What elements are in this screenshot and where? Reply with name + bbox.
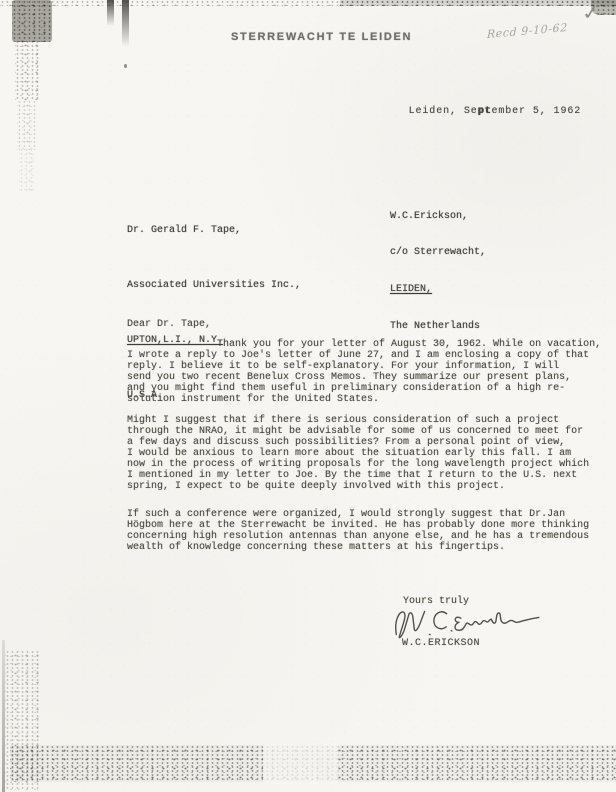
scan-smudge-corner-tl — [12, 0, 52, 42]
scan-noise-top-right — [340, 0, 616, 6]
sender-address-block: W.C.Erickson, c/o Sterrewacht, LEIDEN, T… — [390, 186, 486, 358]
recipient-name: Dr. Gerald F. Tape, — [127, 222, 301, 240]
body-paragraph-1: Thank you for your letter of August 30, … — [127, 339, 601, 405]
scan-drip-mark-1 — [107, 0, 114, 26]
letterhead-title: STERREWACHT TE LEIDEN — [231, 31, 412, 43]
sender-name: W.C.Erickson, — [390, 211, 486, 223]
scan-noise-bottom-left-column — [5, 650, 41, 790]
typed-signature-name: W.C.ERICKSON — [402, 638, 480, 649]
sender-city: LEIDEN, — [390, 284, 486, 296]
received-note: Recd 9-10-62 — [487, 21, 568, 41]
sender-org: c/o Sterrewacht, — [390, 247, 486, 259]
body-paragraph-2: Might I suggest that if there is serious… — [127, 415, 589, 492]
scanned-letter-page: STERREWACHT TE LEIDEN ✓ Recd 9-10-62 Lei… — [0, 0, 616, 792]
scan-smudge-left-column-2 — [17, 100, 37, 150]
scan-smudge-left-column-3 — [19, 148, 35, 193]
scan-drip-dot — [124, 64, 127, 68]
body-paragraph-3: If such a conference were organized, I w… — [127, 509, 589, 553]
scan-paper-edge-line — [2, 640, 5, 792]
date-line: Leiden, September 5, 1962 — [381, 95, 581, 128]
salutation: Dear Dr. Tape, — [127, 319, 211, 330]
recipient-organization: Associated Universities Inc., — [127, 277, 301, 295]
scan-smudge-left-column-1 — [15, 40, 39, 100]
date-suffix: ember 5, 1962 — [491, 106, 581, 117]
signature-handwriting — [390, 603, 543, 642]
date-overstruck-chars: pt — [478, 106, 492, 117]
date-prefix: Leiden, Se — [409, 106, 478, 117]
checkmark-icon: ✓ — [580, 1, 601, 26]
scan-noise-bottom-gap — [263, 743, 338, 784]
sender-country: The Netherlands — [390, 321, 486, 333]
scan-drip-mark-2 — [122, 0, 129, 47]
